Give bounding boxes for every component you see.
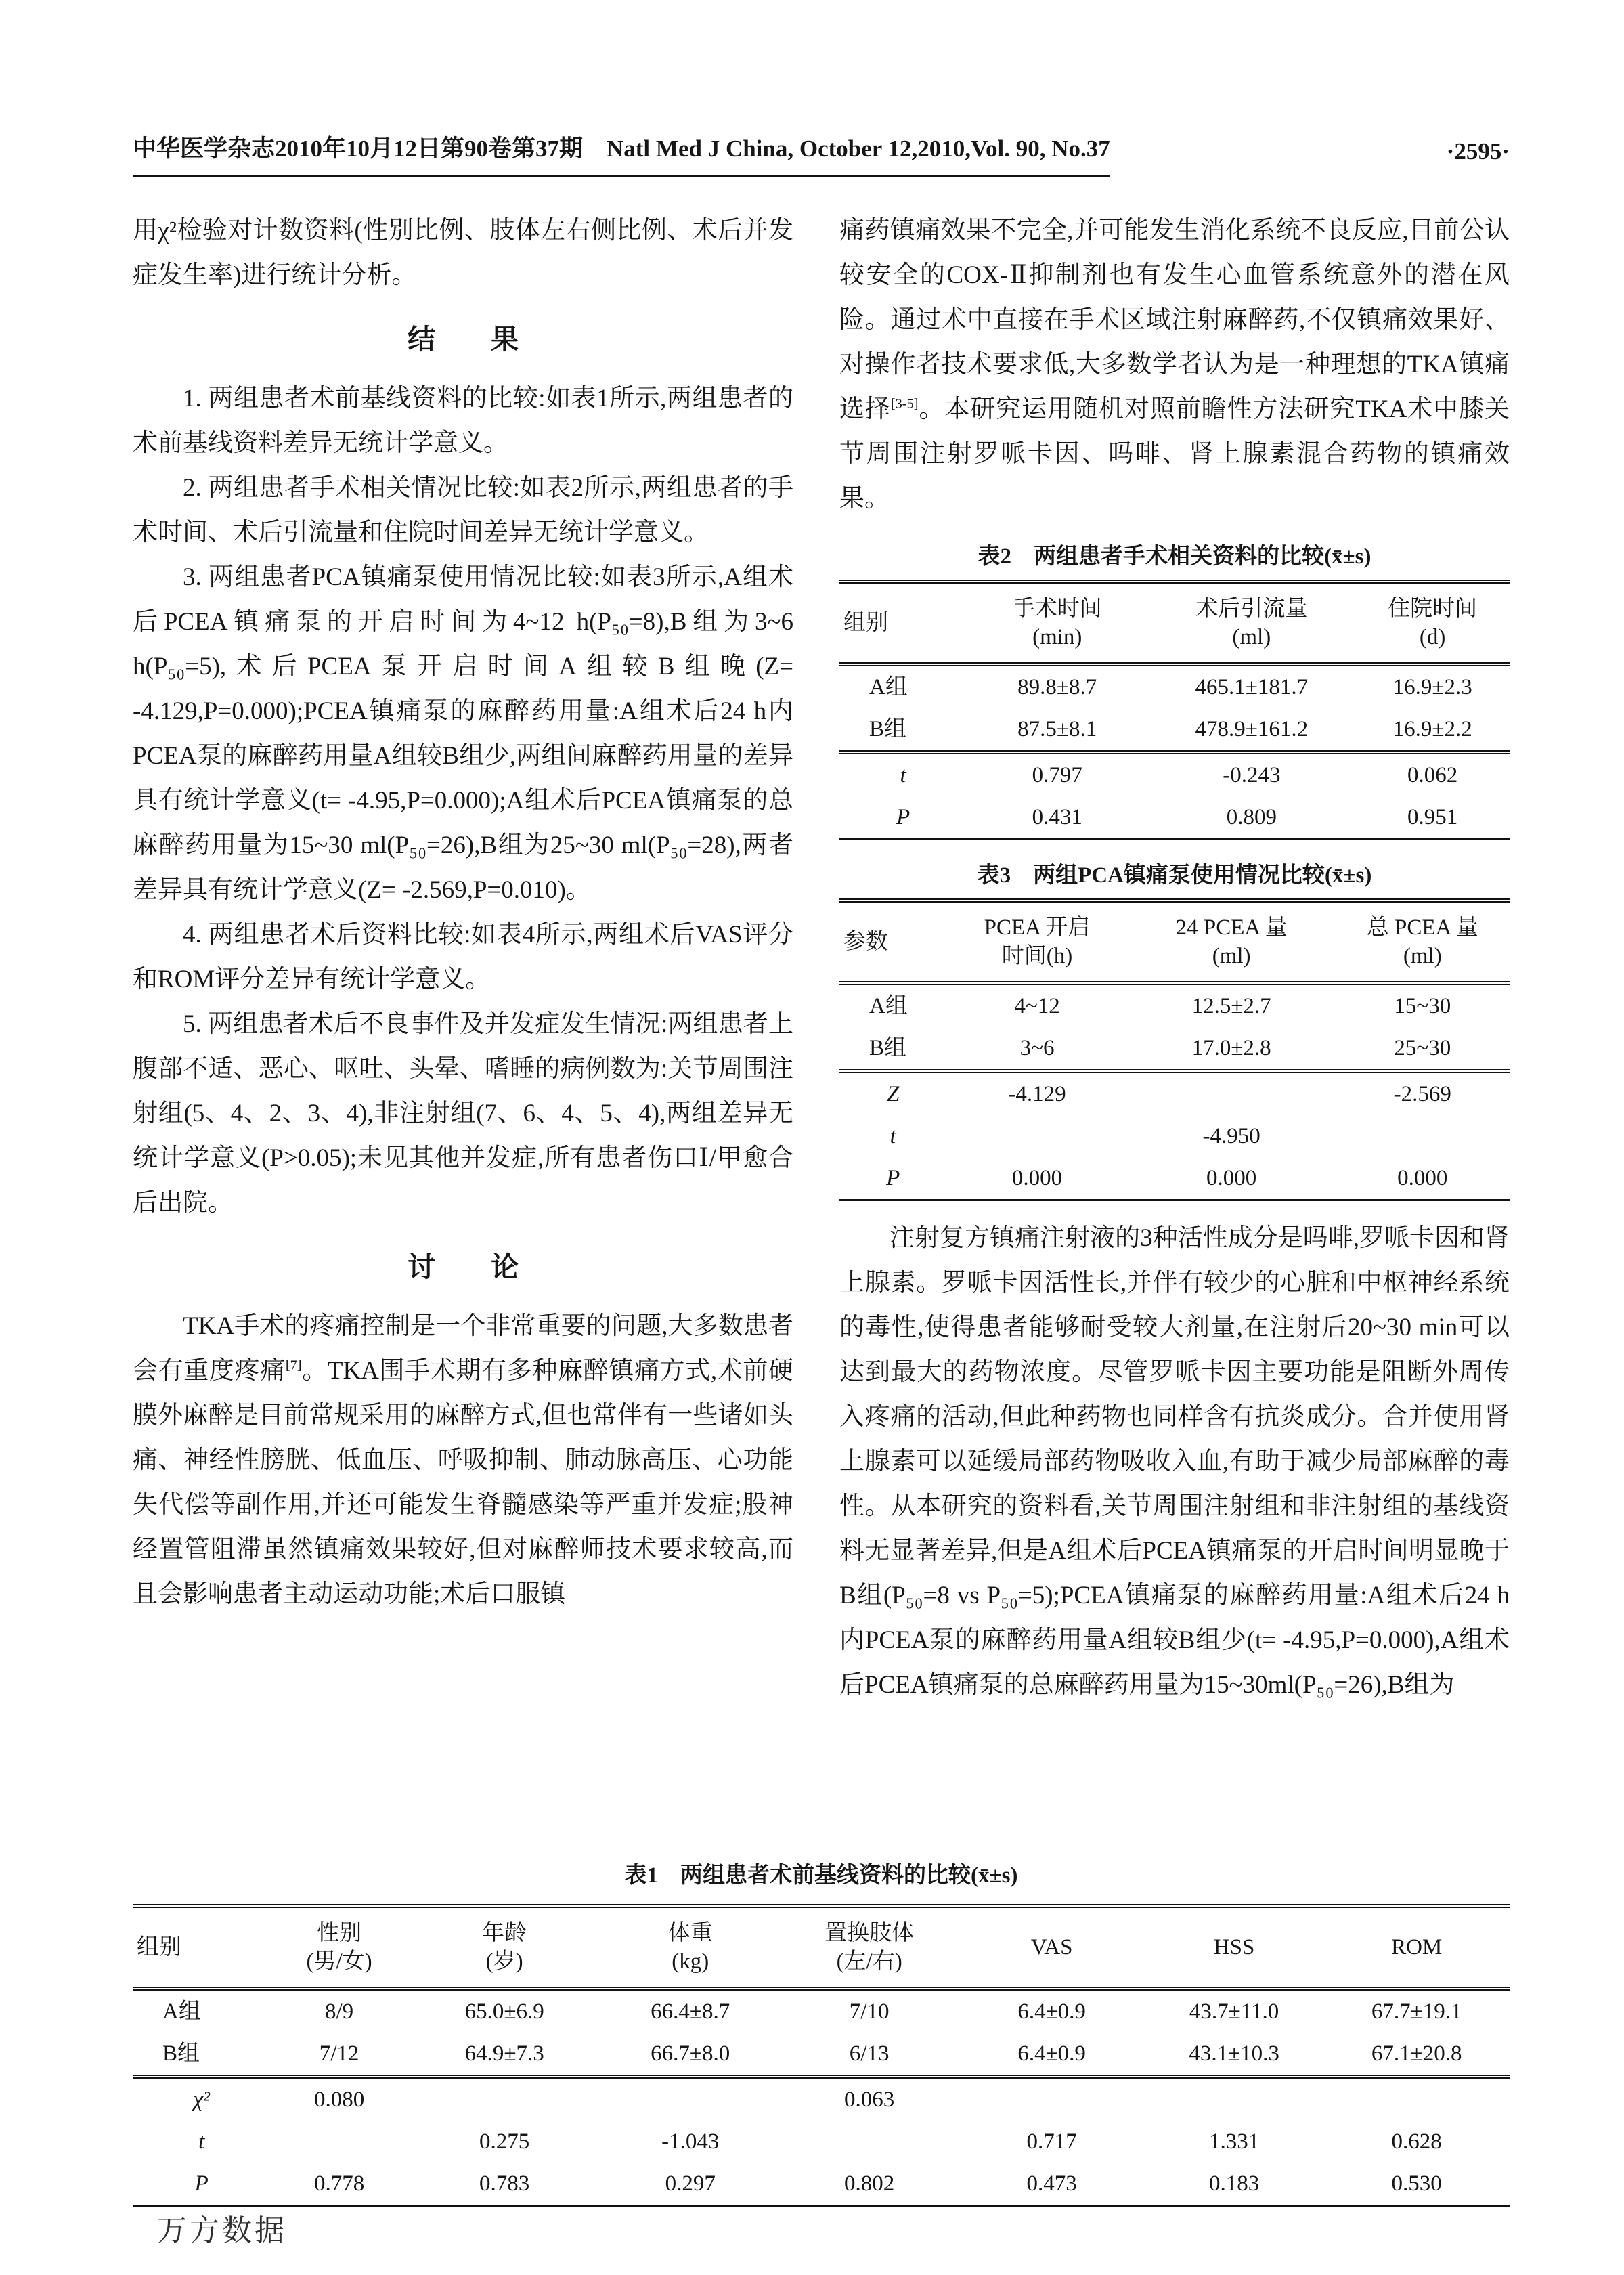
table-row: A组 89.8±8.7 465.1±181.7 16.9±2.3: [839, 664, 1510, 708]
stat-label-cell: P: [839, 1157, 946, 1200]
row-label-cell: B组: [133, 2033, 270, 2077]
table-cell: 7/12: [270, 2033, 408, 2077]
table-1: 表1 两组患者术前基线资料的比较(x̄±s) 组别 性别 (男/女) 年龄 (岁…: [133, 1861, 1510, 2207]
table-cell: 0.000: [946, 1157, 1127, 1200]
table-cell: 0.802: [780, 2163, 959, 2206]
discussion-heading: 讨 论: [133, 1250, 793, 1284]
table-cell: 6/13: [780, 2033, 959, 2077]
table-1-grid: 组别 性别 (男/女) 年龄 (岁) 体重 (kg) 置换肢体 (左/右) VA…: [133, 1904, 1510, 2207]
table-cell: 478.9±161.2: [1147, 708, 1355, 752]
table-cell: 16.9±2.2: [1355, 708, 1510, 752]
reference-superscript: [7]: [286, 1358, 302, 1373]
table-cell: 0.062: [1355, 752, 1510, 796]
table-row: P 0.778 0.783 0.297 0.802 0.473 0.183 0.…: [133, 2163, 1510, 2206]
table-2: 表2 两组患者手术相关资料的比较(x̄±s) 组别 手术时间 (min) 术后引…: [839, 542, 1510, 840]
table-cell: 17.0±2.8: [1128, 1027, 1336, 1071]
table-cell: -1.043: [601, 2121, 780, 2163]
right-column: 痛药镇痛效果不完全,并可能发生消化系统不良反应,目前公认较安全的COX-Ⅱ抑制剂…: [839, 209, 1510, 1708]
table-cell: -0.243: [1147, 752, 1355, 796]
table-cell: 0.797: [967, 752, 1147, 796]
discussion-text: 痛药镇痛效果不完全,并可能发生消化系统不良反应,目前公认较安全的COX-Ⅱ抑制剂…: [839, 217, 1510, 423]
results-item-4: 4. 两组患者术后资料比较:如表4所示,两组术后VAS评分和ROM评分差异有统计…: [133, 913, 793, 1002]
page-header: 中华医学杂志2010年10月12日第90卷第37期 Natl Med J Chi…: [133, 134, 1510, 177]
stat-label-cell: t: [133, 2121, 270, 2163]
table-header-cell: PCEA 开启 时间(h): [946, 901, 1127, 983]
table-header-cell: VAS: [959, 1906, 1145, 1989]
results-item-5: 5. 两组患者术后不良事件及并发症发生情况:两组患者上腹部不适、恶心、呕吐、头晕…: [133, 1002, 793, 1226]
table-header-cell: 住院时间 (d): [1355, 582, 1510, 664]
table-cell: -2.569: [1336, 1071, 1510, 1115]
table-cell: [601, 2077, 780, 2121]
table-cell: 66.4±8.7: [601, 1989, 780, 2033]
table-row: χ² 0.080 0.063: [133, 2077, 1510, 2121]
table-row: t 0.275 -1.043 0.717 1.331 0.628: [133, 2121, 1510, 2163]
table-cell: 4~12: [946, 983, 1127, 1027]
page-number: ·2595·: [1447, 137, 1510, 177]
table-header-cell: 体重 (kg): [601, 1906, 780, 1989]
table-cell: 25~30: [1336, 1027, 1510, 1071]
table-header-cell: ROM: [1323, 1906, 1510, 1989]
discussion-text: 。本研究运用随机对照前瞻性方法研究TKA术中膝关节周围注射罗哌卡因、吗啡、肾上腺…: [839, 395, 1510, 513]
discussion-paragraph-2: 注射复方镇痛注射液的3种活性成分是吗啡,罗哌卡因和肾上腺素。罗哌卡因活性长,并伴…: [839, 1216, 1510, 1708]
table-header-cell: 总 PCEA 量 (ml): [1336, 901, 1510, 983]
table-cell: 0.778: [270, 2163, 408, 2206]
table-header-cell: 性别 (男/女): [270, 1906, 408, 1989]
table-cell: -4.950: [1128, 1115, 1336, 1157]
table-2-grid: 组别 手术时间 (min) 术后引流量 (ml) 住院时间 (d) A组 89.…: [839, 580, 1510, 840]
table-cell: -4.129: [946, 1071, 1127, 1115]
row-label-cell: A组: [839, 664, 967, 708]
table-header-cell: 参数: [839, 901, 946, 983]
stat-label-cell: P: [839, 796, 967, 840]
wanfang-watermark: 万方数据: [157, 2206, 287, 2249]
table-2-title: 表2 两组患者手术相关资料的比较(x̄±s): [839, 542, 1510, 571]
table-row: t 0.797 -0.243 0.062: [839, 752, 1510, 796]
table-cell: 67.7±19.1: [1323, 1989, 1510, 2033]
stats-method-paragraph: 用χ²检验对计数资料(性别比例、肢体左右侧比例、术后并发症发生率)进行统计分析。: [133, 209, 793, 298]
table-row: P 0.000 0.000 0.000: [839, 1157, 1510, 1200]
table-cell: 65.0±6.9: [408, 1989, 601, 2033]
table-cell: 0.809: [1147, 796, 1355, 840]
table-cell: 0.063: [780, 2077, 959, 2121]
table-3: 表3 两组PCA镇痛泵使用情况比较(x̄±s) 参数 PCEA 开启 时间(h)…: [839, 861, 1510, 1201]
table-header-cell: 组别: [839, 582, 967, 664]
left-column: 用χ²检验对计数资料(性别比例、肢体左右侧比例、术后并发症发生率)进行统计分析。…: [133, 209, 793, 1617]
table-1-title: 表1 两组患者术前基线资料的比较(x̄±s): [133, 1861, 1510, 1890]
stat-label-cell: χ²: [133, 2077, 270, 2121]
results-item-2: 2. 两组患者手术相关情况比较:如表2所示,两组患者的手术时间、术后引流量和住院…: [133, 466, 793, 555]
table-cell: 3~6: [946, 1027, 1127, 1071]
table-cell: [1145, 2077, 1323, 2121]
table-header-cell: 置换肢体 (左/右): [780, 1906, 959, 1989]
table-cell: 15~30: [1336, 983, 1510, 1027]
table-row: t -4.950: [839, 1115, 1510, 1157]
table-cell: 0.717: [959, 2121, 1145, 2163]
table-row: B组 87.5±8.1 478.9±161.2 16.9±2.2: [839, 708, 1510, 752]
results-item-1: 1. 两组患者术前基线资料的比较:如表1所示,两组患者的术前基线资料差异无统计学…: [133, 376, 793, 466]
table-row: P 0.431 0.809 0.951: [839, 796, 1510, 840]
table-cell: 0.275: [408, 2121, 601, 2163]
row-label-cell: B组: [839, 1027, 946, 1071]
table-cell: 0.431: [967, 796, 1147, 840]
table-header-cell: 组别: [133, 1906, 270, 1989]
table-row: B组 7/12 64.9±7.3 66.7±8.0 6/13 6.4±0.9 4…: [133, 2033, 1510, 2077]
row-label-cell: A组: [839, 983, 946, 1027]
table-cell: [1128, 1071, 1336, 1115]
table-row: B组 3~6 17.0±2.8 25~30: [839, 1027, 1510, 1071]
table-cell: 0.783: [408, 2163, 601, 2206]
table-cell: [408, 2077, 601, 2121]
table-header-cell: 术后引流量 (ml): [1147, 582, 1355, 664]
discussion-paragraph-1: TKA手术的疼痛控制是一个非常重要的问题,大多数患者会有重度疼痛[7]。TKA围…: [133, 1304, 793, 1617]
table-cell: 87.5±8.1: [967, 708, 1147, 752]
stat-label-cell: t: [839, 1115, 946, 1157]
discussion-text: 。TKA围手术期有多种麻醉镇痛方式,术前硬膜外麻醉是目前常规采用的麻醉方式,但也…: [133, 1357, 793, 1608]
table-row: 参数 PCEA 开启 时间(h) 24 PCEA 量 (ml) 总 PCEA 量…: [839, 901, 1510, 983]
table-cell: [780, 2121, 959, 2163]
table-cell: 0.530: [1323, 2163, 1510, 2206]
table-row: A组 8/9 65.0±6.9 66.4±8.7 7/10 6.4±0.9 43…: [133, 1989, 1510, 2033]
table-row: A组 4~12 12.5±2.7 15~30: [839, 983, 1510, 1027]
table-cell: 0.183: [1145, 2163, 1323, 2206]
table-cell: 0.951: [1355, 796, 1510, 840]
table-row: 组别 手术时间 (min) 术后引流量 (ml) 住院时间 (d): [839, 582, 1510, 664]
table-cell: [959, 2077, 1145, 2121]
table-cell: 16.9±2.3: [1355, 664, 1510, 708]
table-cell: 89.8±8.7: [967, 664, 1147, 708]
row-label-cell: B组: [839, 708, 967, 752]
row-label-cell: A组: [133, 1989, 270, 2033]
stat-label-cell: Z: [839, 1071, 946, 1115]
table-cell: 64.9±7.3: [408, 2033, 601, 2077]
table-cell: 6.4±0.9: [959, 2033, 1145, 2077]
table-cell: 0.297: [601, 2163, 780, 2206]
table-3-grid: 参数 PCEA 开启 时间(h) 24 PCEA 量 (ml) 总 PCEA 量…: [839, 898, 1510, 1201]
table-cell: 0.080: [270, 2077, 408, 2121]
journal-page: 中华医学杂志2010年10月12日第90卷第37期 Natl Med J Chi…: [0, 0, 1624, 2275]
table-cell: 7/10: [780, 1989, 959, 2033]
table-header-cell: 手术时间 (min): [967, 582, 1147, 664]
table-cell: 465.1±181.7: [1147, 664, 1355, 708]
table-cell: 0.000: [1336, 1157, 1510, 1200]
stat-label-cell: P: [133, 2163, 270, 2206]
table-cell: 1.331: [1145, 2121, 1323, 2163]
table-cell: 0.628: [1323, 2121, 1510, 2163]
table-cell: 12.5±2.7: [1128, 983, 1336, 1027]
stat-label-cell: t: [839, 752, 967, 796]
results-heading: 结 果: [133, 322, 793, 356]
results-item-3: 3. 两组患者PCA镇痛泵使用情况比较:如表3所示,A组术后PCEA镇痛泵的开启…: [133, 555, 793, 913]
table-cell: 8/9: [270, 1989, 408, 2033]
reference-superscript: [3-5]: [891, 397, 919, 412]
table-cell: [270, 2121, 408, 2163]
table-cell: 43.1±10.3: [1145, 2033, 1323, 2077]
table-row: Z -4.129 -2.569: [839, 1071, 1510, 1115]
table-header-cell: 24 PCEA 量 (ml): [1128, 901, 1336, 983]
table-header-cell: 年龄 (岁): [408, 1906, 601, 1989]
table-3-title: 表3 两组PCA镇痛泵使用情况比较(x̄±s): [839, 861, 1510, 890]
table-cell: 0.000: [1128, 1157, 1336, 1200]
discussion-continuation-paragraph: 痛药镇痛效果不完全,并可能发生消化系统不良反应,目前公认较安全的COX-Ⅱ抑制剂…: [839, 209, 1510, 521]
table-row: 组别 性别 (男/女) 年龄 (岁) 体重 (kg) 置换肢体 (左/右) VA…: [133, 1906, 1510, 1989]
table-cell: [946, 1115, 1127, 1157]
journal-citation: 中华医学杂志2010年10月12日第90卷第37期 Natl Med J Chi…: [133, 134, 1110, 177]
table-cell: 6.4±0.9: [959, 1989, 1145, 2033]
table-cell: 67.1±20.8: [1323, 2033, 1510, 2077]
table-cell: [1336, 1115, 1510, 1157]
table-header-cell: HSS: [1145, 1906, 1323, 1989]
table-cell: [1323, 2077, 1510, 2121]
table-cell: 66.7±8.0: [601, 2033, 780, 2077]
table-cell: 0.473: [959, 2163, 1145, 2206]
table-cell: 43.7±11.0: [1145, 1989, 1323, 2033]
